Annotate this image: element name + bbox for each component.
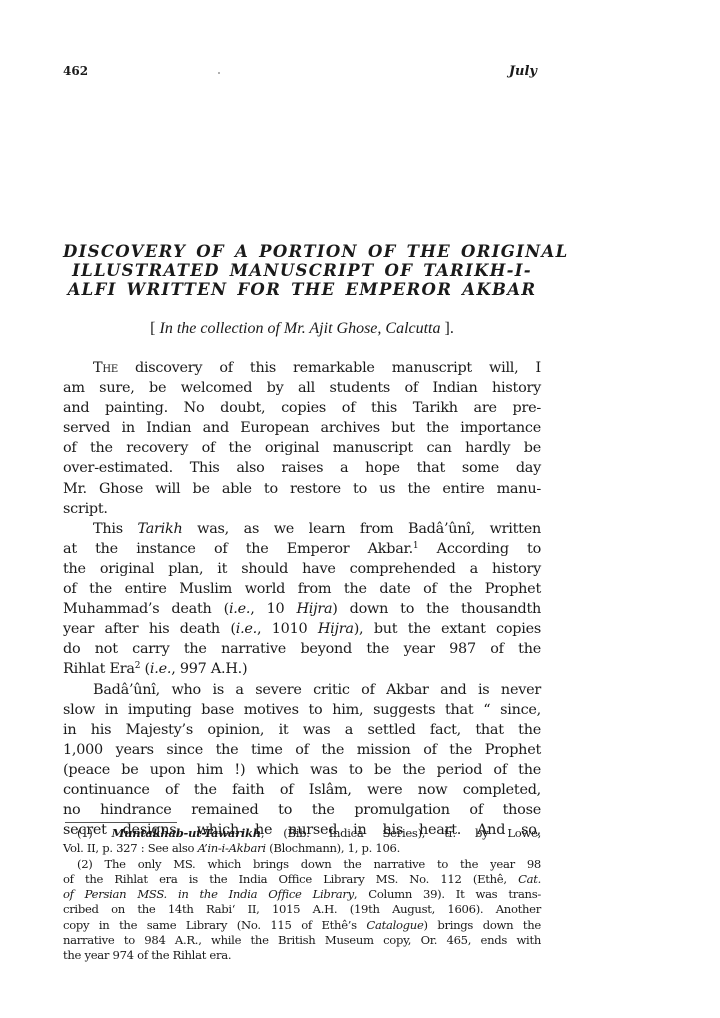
text-line: copy in the same Library (No. 115 of Eth… [63, 918, 541, 933]
title-line: ALFI WRITTEN FOR THE EMPEROR AKBAR [63, 280, 541, 299]
paragraph: The discovery of this remarkable manuscr… [63, 358, 541, 519]
footnotes: (1) Muntakhab-ut-Tawarikh, (Bib. Indica … [63, 826, 541, 964]
text-line: at the instance of the Emperor Akbar.1 A… [63, 539, 541, 559]
bracket-open: [ [150, 320, 159, 337]
article-title: DISCOVERY OF A PORTION OF THE ORIGINAL I… [63, 242, 541, 299]
text-line: year after his death (i.e., 1010 Hijra),… [63, 619, 541, 639]
text-line: of the Rihlat era is the India Office Li… [63, 872, 541, 887]
text-line: Mr. Ghose will be able to restore to us … [63, 479, 541, 499]
running-head: 462 July [63, 64, 541, 84]
text-line: (2) The only MS. which brings down the n… [63, 857, 541, 872]
text-line: continuance of the faith of Islâm, were … [63, 780, 541, 800]
footnote-1: (1) Muntakhab-ut-Tawarikh, (Bib. Indica … [63, 826, 541, 857]
article-subtitle: [ In the collection of Mr. Ajit Ghose, C… [63, 320, 541, 338]
footnote-2: (2) The only MS. which brings down the n… [63, 857, 541, 964]
drop-word: The [93, 360, 118, 376]
running-month: July [509, 64, 537, 79]
text-line: no hindrance remained to the promulgatio… [63, 800, 541, 820]
text-line: Muhammad’s death (i.e., 10 Hijra) down t… [63, 599, 541, 619]
text-line: do not carry the narrative beyond the ye… [63, 639, 541, 659]
text-line: of Persian MSS. in the India Office Libr… [63, 887, 541, 902]
text-line: in his Majesty’s opinion, it was a settl… [63, 720, 541, 740]
paragraph: This Tarikh was, as we learn from Badâ’û… [63, 519, 541, 680]
bracket-close: ]. [441, 320, 454, 337]
title-line: ILLUSTRATED MANUSCRIPT OF TARIKH-I- [63, 261, 541, 280]
text-line: (1) Muntakhab-ut-Tawarikh, (Bib. Indica … [63, 826, 541, 841]
text-line: and painting. No doubt, copies of this T… [63, 398, 541, 418]
text-line: slow in imputing base motives to him, su… [63, 700, 541, 720]
page-number: 462 [63, 64, 88, 78]
text-line: script. [63, 499, 541, 519]
text-line: am sure, be welcomed by all students of … [63, 378, 541, 398]
text-line: Badâ’ûnî, who is a severe critic of Akba… [63, 680, 541, 700]
paragraph: Badâ’ûnî, who is a severe critic of Akba… [63, 680, 541, 841]
text-line: This Tarikh was, as we learn from Badâ’û… [63, 519, 541, 539]
text-line: 1,000 years since the time of the missio… [63, 740, 541, 760]
text-line: over-estimated. This also raises a hope … [63, 458, 541, 478]
text-line: the year 974 of the Rihlat era. [63, 948, 541, 963]
text-line: narrative to 984 A.R., while the British… [63, 933, 541, 948]
text-line: Vol. II, p. 327 : See also A’in-i-Akbari… [63, 841, 541, 856]
text-line: Rihlat Era2 (i.e., 997 A.H.) [63, 659, 541, 679]
article-body: The discovery of this remarkable manuscr… [63, 358, 541, 840]
text-line: The discovery of this remarkable manuscr… [63, 358, 541, 378]
title-line: DISCOVERY OF A PORTION OF THE ORIGINAL [63, 242, 541, 261]
scan-speck [218, 72, 220, 74]
text-line: of the recovery of the original manuscri… [63, 438, 541, 458]
footnote-divider [65, 822, 177, 823]
text-line: the original plan, it should have compre… [63, 559, 541, 579]
subtitle-text: In the collection of Mr. Ajit Ghose, Cal… [160, 320, 441, 337]
text-line: cribed on the 14th Rabi‘ II, 1015 A.H. (… [63, 902, 541, 917]
text-line: served in Indian and European archives b… [63, 418, 541, 438]
text-line: (peace be upon him !) which was to be th… [63, 760, 541, 780]
text-line: of the entire Muslim world from the date… [63, 579, 541, 599]
